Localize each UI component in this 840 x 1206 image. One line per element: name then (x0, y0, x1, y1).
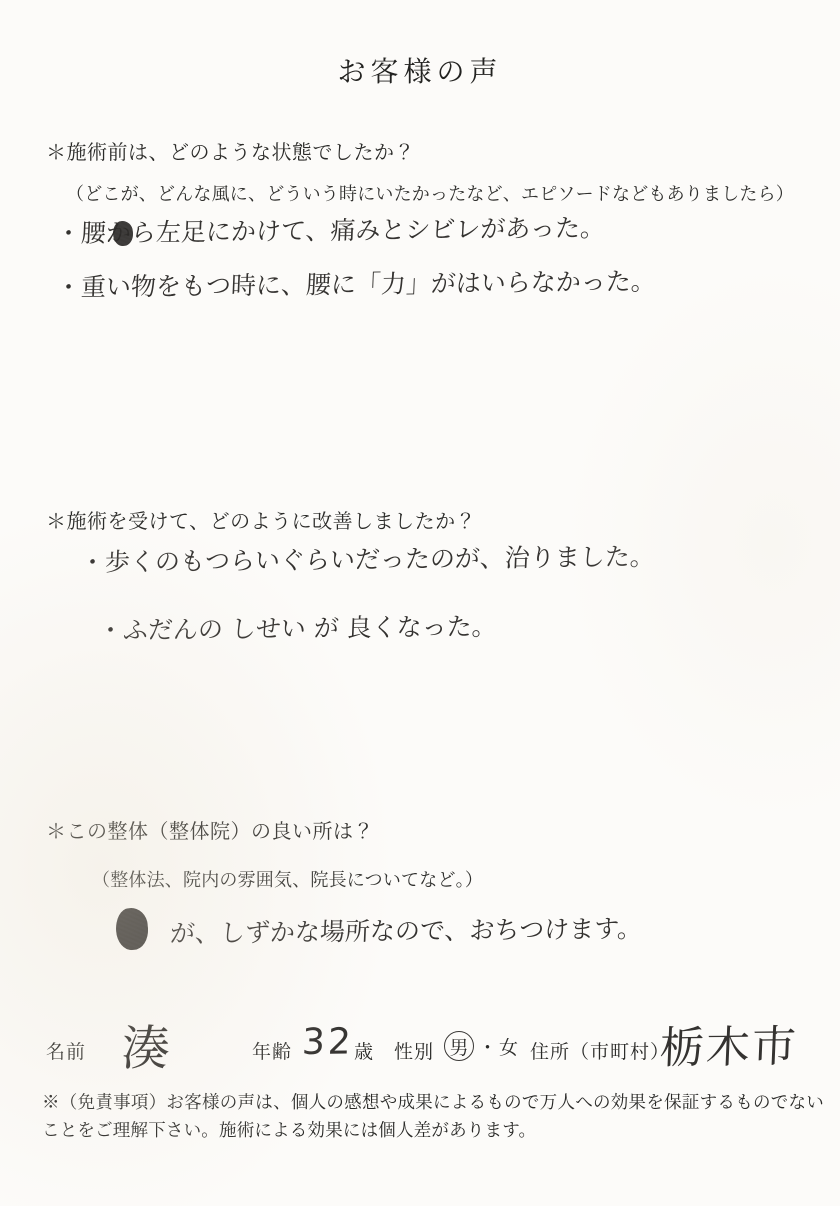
customer-feedback-form: お客様の声 ＊施術前は、どのような状態でしたか？ （どこが、どんな風に、どういう… (0, 0, 840, 1206)
address-field-label: 住所（市町村） (530, 1037, 670, 1064)
gender-option-female: 女 (499, 1033, 518, 1060)
question-2-answer-line: ・歩くのもつらいぐらいだったのが、治りました。 (79, 537, 655, 579)
question-2-answer-line: ・ふだんの しせい が 良くなった。 (97, 607, 497, 647)
question-1-answer-line: ・重い物をもつ時に、腰に「力」がはいらなかった。 (55, 262, 656, 304)
question-1-note: （どこが、どんな風に、どういう時にいたかったなど、エピソードなどもありましたら） (66, 180, 794, 206)
age-unit-label: 歳 (354, 1037, 374, 1064)
gender-separator: ・ (478, 1033, 497, 1060)
gender-field-label: 性別 (394, 1037, 434, 1064)
address-field-value: 栃木市 (659, 1011, 800, 1076)
disclaimer-text: ※（免責事項）お客様の声は、個人の感想や成果によるもので万人への効果を保証するも… (42, 1088, 824, 1145)
age-field-value: 32 (301, 1021, 355, 1063)
question-3-answer-line: が、しずかな場所なので、おちつけます。 (169, 909, 643, 950)
name-field-label: 名前 (46, 1037, 86, 1064)
age-field-label: 年齢 (252, 1037, 292, 1064)
question-2-label: ＊施術を受けて、どのように改善しましたか？ (46, 505, 476, 534)
ink-scribble (115, 907, 150, 951)
question-1-label: ＊施術前は、どのような状態でしたか？ (46, 136, 415, 165)
name-field-value: 湊 (121, 1009, 172, 1079)
question-3-label: ＊この整体（整体院）の良い所は？ (46, 815, 374, 844)
question-1-answer-line: ・腰から左足にかけて、痛みとシビレがあった。 (55, 208, 606, 250)
question-3-note: （整体法、院内の雰囲気、院長についてなど。） (92, 866, 483, 892)
gender-options: 男・女 (444, 1031, 518, 1061)
gender-option-male-circled: 男 (444, 1031, 474, 1061)
page-title: お客様の声 (0, 50, 840, 90)
